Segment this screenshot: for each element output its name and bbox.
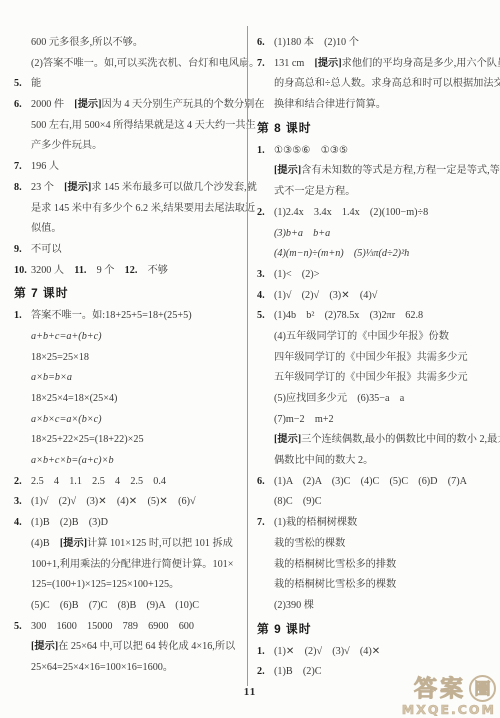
answer-text: ①③⑤⑥ ①③⑤: [274, 145, 348, 156]
answer-continuation-line: 18×25+22×25=(18+22)×25: [14, 430, 248, 451]
answer-item-line: 9.不可以: [14, 240, 248, 261]
answer-text: 换律和结合律进行简算。: [274, 99, 386, 110]
item-number: 9.: [14, 240, 22, 261]
answer-continuation-line: a×b=b×a: [14, 368, 248, 389]
answer-text: 在 25×64 中,可以把 64 转化成 4×16,所以: [58, 641, 235, 652]
item-number: 1.: [14, 306, 22, 327]
answer-item-line: 10.3200 人 11. 9 个 12. 不够: [14, 261, 248, 282]
answer-item-line: 7.(1)栽的梧桐树棵数: [257, 513, 494, 534]
lesson-header: 第 7 课时: [14, 281, 248, 306]
item-number: 4.: [14, 513, 22, 534]
answer-continuation-line: (2)390 棵: [257, 596, 494, 617]
answer-text: 2.5 4 1.1 2.5 4 2.5 0.4: [31, 476, 166, 487]
item-number: 2.: [257, 203, 265, 224]
answer-text: 的身高总和÷总人数。求身高总和时可以根据加法交: [274, 78, 500, 89]
page: 600 元多很多,所以不够。(2)答案不唯一。如,可以买洗衣机、台灯和电风扇。5…: [0, 0, 500, 718]
answer-text: (4)五年级同学订的《中国少年报》份数: [274, 331, 449, 342]
answer-text: 四年级同学订的《中国少年报》共需多少元: [274, 352, 468, 363]
answer-text: 含有未知数的等式是方程,方程一定是等式,等: [301, 165, 500, 176]
answer-continuation-line: a+b+c=a+(b+c): [14, 327, 248, 348]
answer-continuation-line: (5)C (6)B (7)C (8)B (9)A (10)C: [14, 596, 248, 617]
answer-continuation-line: a×b+c×b=(a+c)×b: [14, 451, 248, 472]
answer-continuation-line: 栽的梧桐树比雪松多的棵数: [257, 575, 494, 596]
answer-text: 9 个: [86, 265, 124, 276]
answer-continuation-line: (7)m−2 m+2: [257, 410, 494, 431]
answer-text: 196 人: [31, 161, 59, 172]
answer-text: 栽的雪松的棵数: [274, 538, 345, 549]
answer-continuation-line: 栽的梧桐树比雪松多的排数: [257, 555, 494, 576]
answer-text: 25×64=25×4×16=100×16=1600。: [31, 662, 173, 673]
answer-continuation-line: (5)应找回多少元 (6)35−a a: [257, 389, 494, 410]
answer-continuation-line: 产多少件玩具。: [14, 136, 248, 157]
answer-text: 300 1600 15000 789 6900 600: [31, 621, 194, 632]
answer-text: (1)A (2)A (3)C (4)C (5)C (6)D (7)A: [274, 476, 467, 487]
answer-text: (1)✕ (2)√ (3)√ (4)✕: [274, 646, 380, 657]
item-number: 7.: [14, 157, 22, 178]
item-number: 2.: [257, 662, 265, 683]
answer-continuation-line: 栽的雪松的棵数: [257, 534, 494, 555]
answer-text: a×b+c×b=(a+c)×b: [31, 455, 114, 466]
answer-item-line: 2.2.5 4 1.1 2.5 4 2.5 0.4: [14, 472, 248, 493]
answer-continuation-line: (3)b+a b+a: [257, 224, 494, 245]
answer-continuation-line: 是求 145 米中有多少个 6.2 米,结果要用去尾法取近: [14, 199, 248, 220]
item-number: 3.: [257, 265, 265, 286]
answer-text: 23 个: [31, 182, 64, 193]
answer-text: 似值。: [31, 223, 62, 234]
answer-item-line: 1.(1)✕ (2)√ (3)√ (4)✕: [257, 642, 494, 663]
answer-text: (1)√ (2)√ (3)✕ (4)✕ (5)✕ (6)√: [31, 496, 196, 507]
answer-text: 产多少件玩具。: [31, 140, 102, 151]
answer-continuation-line: 125=(100+1)×125=125×100+125。: [14, 575, 248, 596]
answer-continuation-line: 18×25=25×18: [14, 348, 248, 369]
answer-text: (1)< (2)>: [274, 269, 319, 280]
answer-text: (1)4b b² (2)78.5x (3)2πr 62.8: [274, 310, 423, 321]
answer-continuation-line: a×b×c=a×(b×c): [14, 410, 248, 431]
answer-continuation-line: 偶数比中间的数大 2。: [257, 451, 494, 472]
watermark-site: MXQE.COM: [402, 703, 496, 716]
answer-text: (1)B (2)C: [274, 666, 322, 677]
watermark: 答案圈 MXQE.COM: [402, 675, 496, 716]
answer-text: 3200 人: [31, 265, 74, 276]
answer-text: a×b=b×a: [31, 372, 72, 383]
answer-text: 不可以: [31, 244, 62, 255]
answer-item-line: 3.(1)< (2)>: [257, 265, 494, 286]
item-number: 5.: [257, 306, 265, 327]
answer-item-line: 5.(1)4b b² (2)78.5x (3)2πr 62.8: [257, 306, 494, 327]
answer-continuation-line: [提示]含有未知数的等式是方程,方程一定是等式,等: [257, 161, 494, 182]
item-number: 6.: [257, 472, 265, 493]
answer-item-line: 1.①③⑤⑥ ①③⑤: [257, 141, 494, 162]
bold-label: 11.: [74, 265, 86, 276]
answer-text: a+b+c=a+(b+c): [31, 331, 102, 342]
item-number: 1.: [257, 642, 265, 663]
answer-text: 131 cm: [274, 58, 314, 69]
answer-item-line: 6.2000 件 [提示]因为 4 天分别生产玩具的个数分别在: [14, 95, 248, 116]
answer-text: 偶数比中间的数大 2。: [274, 455, 373, 466]
answer-continuation-line: 五年级同学订的《中国少年报》共需多少元: [257, 368, 494, 389]
answer-text: 是求 145 米中有多少个 6.2 米,结果要用去尾法取近: [31, 203, 255, 214]
answer-text: 栽的梧桐树比雪松多的排数: [274, 559, 396, 570]
answer-text: 100+1,利用乘法的分配律进行简便计算。101×: [31, 559, 234, 570]
bold-label: [提示]: [314, 58, 341, 69]
answer-text: (1)√ (2)√ (3)✕ (4)√: [274, 290, 377, 301]
lesson-header: 第 9 课时: [257, 617, 494, 642]
answer-continuation-line: (8)C (9)C: [257, 492, 494, 513]
answer-text: 答案不唯一。如:18+25+5=18+(25+5): [31, 310, 192, 321]
answer-item-line: 7.131 cm [提示]求他们的平均身高是多少,用六个队员: [257, 54, 494, 75]
left-column: 600 元多很多,所以不够。(2)答案不唯一。如,可以买洗衣机、台灯和电风扇。5…: [14, 33, 248, 679]
answer-text: 18×25+22×25=(18+22)×25: [31, 434, 144, 445]
answer-text: 式不一定是方程。: [274, 186, 356, 197]
answer-text: (1)2.4x 3.4x 1.4x (2)(100−m)÷8: [274, 207, 428, 218]
answer-continuation-line: 18×25×4=18×(25×4): [14, 389, 248, 410]
watermark-brand: 答案圈: [402, 675, 496, 702]
answer-item-line: 6.(1)A (2)A (3)C (4)C (5)C (6)D (7)A: [257, 472, 494, 493]
bold-label: [提示]: [274, 434, 301, 445]
answer-text: 计算 101×125 时,可以把 101 拆成: [87, 538, 233, 549]
answer-text: a×b×c=a×(b×c): [31, 414, 102, 425]
answer-continuation-line: 600 元多很多,所以不够。: [14, 33, 248, 54]
item-number: 8.: [14, 178, 22, 199]
answer-text: 500 左右,用 500×4 所得结果就是这 4 天大约一共生: [31, 120, 256, 131]
bold-label: 12.: [125, 265, 138, 276]
answer-item-line: 2.(1)2.4x 3.4x 1.4x (2)(100−m)÷8: [257, 203, 494, 224]
answer-continuation-line: (4)B [提示]计算 101×125 时,可以把 101 拆成: [14, 534, 248, 555]
bold-label: [提示]: [60, 538, 87, 549]
answer-continuation-line: (4)五年级同学订的《中国少年报》份数: [257, 327, 494, 348]
answer-text: 三个连续偶数,最小的偶数比中间的数小 2,最大的: [301, 434, 500, 445]
answer-text: 2000 件: [31, 99, 74, 110]
answer-text: 五年级同学订的《中国少年报》共需多少元: [274, 372, 468, 383]
answer-text: 不够: [137, 265, 168, 276]
answer-text: 能: [31, 78, 41, 89]
answer-text: (4)B: [31, 538, 60, 549]
answer-item-line: 4.(1)√ (2)√ (3)✕ (4)√: [257, 286, 494, 307]
answer-text: (5)C (6)B (7)C (8)B (9)A (10)C: [31, 600, 199, 611]
answer-continuation-line: 25×64=25×4×16=100×16=1600。: [14, 658, 248, 679]
answer-text: (5)应找回多少元 (6)35−a a: [274, 393, 404, 404]
bold-label: [提示]: [64, 182, 91, 193]
answer-item-line: 4.(1)B (2)B (3)D: [14, 513, 248, 534]
answer-text: 因为 4 天分别生产玩具的个数分别在: [101, 99, 264, 110]
bold-label: [提示]: [274, 165, 301, 176]
answer-continuation-line: [提示]在 25×64 中,可以把 64 转化成 4×16,所以: [14, 637, 248, 658]
answer-text: (7)m−2 m+2: [274, 414, 334, 425]
answer-text: (1)B (2)B (3)D: [31, 517, 108, 528]
answer-text: 18×25=25×18: [31, 352, 89, 363]
answer-continuation-line: 四年级同学订的《中国少年报》共需多少元: [257, 348, 494, 369]
item-number: 2.: [14, 472, 22, 493]
answer-text: 125=(100+1)×125=125×100+125。: [31, 579, 179, 590]
answer-text: 18×25×4=18×(25×4): [31, 393, 117, 404]
item-number: 6.: [14, 95, 22, 116]
answer-continuation-line: 的身高总和÷总人数。求身高总和时可以根据加法交: [257, 74, 494, 95]
column-divider: [247, 26, 248, 686]
item-number: 7.: [257, 513, 265, 534]
item-number: 5.: [14, 74, 22, 95]
answer-text: 600 元多很多,所以不够。: [31, 37, 143, 48]
bold-label: [提示]: [31, 641, 58, 652]
answer-item-line: 3.(1)√ (2)√ (3)✕ (4)✕ (5)✕ (6)√: [14, 492, 248, 513]
answer-text: (4)(m−n)÷(m+n) (5)⅓π(d÷2)²h: [274, 248, 409, 259]
bold-label: [提示]: [74, 99, 101, 110]
answer-text: (2)答案不唯一。如,可以买洗衣机、台灯和电风扇。: [31, 58, 259, 69]
answer-continuation-line: 式不一定是方程。: [257, 182, 494, 203]
item-number: 5.: [14, 617, 22, 638]
watermark-circle-char: 圈: [469, 675, 496, 702]
answer-item-line: 5.能: [14, 74, 248, 95]
answer-item-line: 1.答案不唯一。如:18+25+5=18+(25+5): [14, 306, 248, 327]
watermark-brand-text: 答案: [414, 676, 466, 702]
item-number: 1.: [257, 141, 265, 162]
answer-continuation-line: 500 左右,用 500×4 所得结果就是这 4 天大约一共生: [14, 116, 248, 137]
answer-continuation-line: [提示]三个连续偶数,最小的偶数比中间的数小 2,最大的: [257, 430, 494, 451]
item-number: 6.: [257, 33, 265, 54]
answer-continuation-line: 换律和结合律进行简算。: [257, 95, 494, 116]
answer-item-line: 6.(1)180 本 (2)10 个: [257, 33, 494, 54]
answer-continuation-line: 100+1,利用乘法的分配律进行简便计算。101×: [14, 555, 248, 576]
answer-text: 栽的梧桐树比雪松多的棵数: [274, 579, 396, 590]
answer-text: (1)栽的梧桐树棵数: [274, 517, 357, 528]
answer-continuation-line: (2)答案不唯一。如,可以买洗衣机、台灯和电风扇。: [14, 54, 248, 75]
answer-text: (2)390 棵: [274, 600, 314, 611]
answer-text: 求他们的平均身高是多少,用六个队员: [342, 58, 500, 69]
answer-item-line: 7.196 人: [14, 157, 248, 178]
answer-text: (1)180 本 (2)10 个: [274, 37, 359, 48]
lesson-header: 第 8 课时: [257, 116, 494, 141]
item-number: 10.: [14, 261, 27, 282]
answer-text: 求 145 米布最多可以做几个沙发套,就: [91, 182, 257, 193]
answer-text: (3)b+a b+a: [274, 228, 330, 239]
answer-continuation-line: 似值。: [14, 219, 248, 240]
answer-continuation-line: (4)(m−n)÷(m+n) (5)⅓π(d÷2)²h: [257, 244, 494, 265]
right-column: 6.(1)180 本 (2)10 个7.131 cm [提示]求他们的平均身高是…: [257, 33, 494, 683]
answer-item-line: 5.300 1600 15000 789 6900 600: [14, 617, 248, 638]
item-number: 3.: [14, 492, 22, 513]
item-number: 7.: [257, 54, 265, 75]
item-number: 4.: [257, 286, 265, 307]
answer-text: (8)C (9)C: [274, 496, 322, 507]
answer-item-line: 8.23 个 [提示]求 145 米布最多可以做几个沙发套,就: [14, 178, 248, 199]
